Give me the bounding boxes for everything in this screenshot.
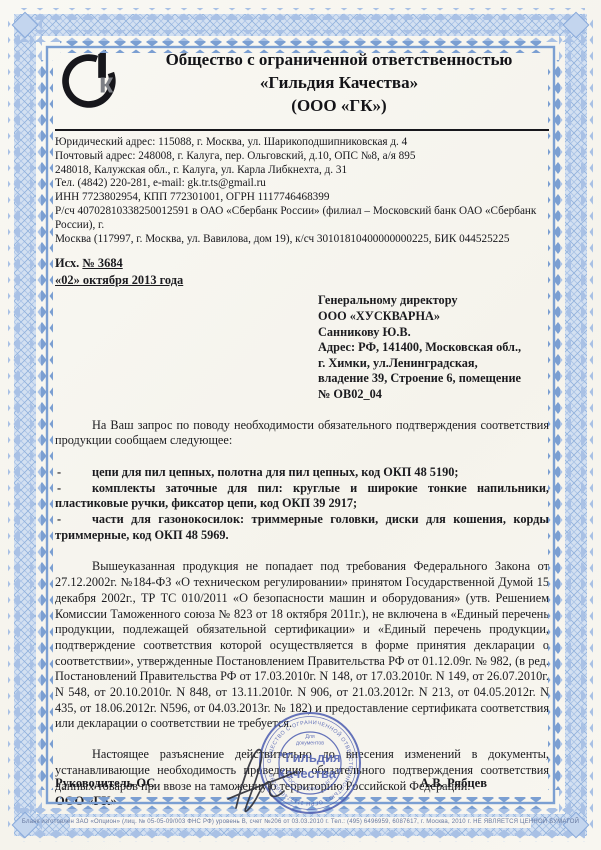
list-item: -цепи для пил цепных, полотна для пил це… — [55, 465, 549, 481]
svg-text:к: к — [99, 67, 114, 99]
signer-title-block: Руководитель ОС ООО «ГК» — [55, 774, 155, 810]
company-details: Юридический адрес: 115088, г. Москва, ул… — [55, 136, 549, 246]
outgoing-value: № 3684 — [82, 256, 122, 270]
letterhead: к Общество с ограниченной ответственност… — [55, 46, 549, 121]
reference-block: Исх. № 3684 «02» октября 2013 года — [55, 255, 549, 288]
letter-page: к Общество с ограниченной ответственност… — [0, 0, 601, 850]
company-name-line3: (ООО «ГК») — [129, 95, 549, 118]
list-marker: - — [57, 481, 61, 497]
company-name-line1: Общество с ограниченной ответственностью — [129, 49, 549, 72]
company-logo-icon: к — [55, 46, 129, 121]
detail-phone-email: Тел. (4842) 220-281, e-mail: gk.tr.ts@gm… — [55, 177, 549, 191]
letter-content: к Общество с ограниченной ответственност… — [55, 46, 549, 794]
main-paragraph: Вышеуказанная продукция не попадает под … — [55, 559, 549, 732]
addressee-company: ООО «ХУСКВАРНА» — [318, 309, 549, 325]
list-marker: - — [57, 465, 61, 481]
list-item: -комплекты заточные для пил: круглые и ш… — [55, 481, 549, 512]
detail-legal-address: Юридический адрес: 115088, г. Москва, ул… — [55, 136, 549, 150]
security-blank-microprint: Бланк изготовлен ЗАО «Опцион» (лиц. № 05… — [0, 819, 601, 825]
detail-bank-1: Р/сч 40702810338250012591 в ОАО «Сбербан… — [55, 205, 549, 233]
detail-inn-kpp-ogrn: ИНН 7723802954, КПП 772301001, ОГРН 1117… — [55, 191, 549, 205]
signer-title: Руководитель ОС — [55, 774, 155, 792]
addressee-position: Генеральному директору — [318, 293, 549, 309]
detail-postal-address: Почтовый адрес: 248008, г. Калуга, пер. … — [55, 150, 549, 164]
gk-monogram-icon: к — [55, 46, 127, 116]
outgoing-number: Исх. № 3684 — [55, 255, 549, 272]
header-divider — [55, 129, 549, 131]
signer-name: А.В. Рябцев — [420, 776, 487, 791]
addressee-block: Генеральному директору ООО «ХУСКВАРНА» С… — [318, 293, 549, 402]
list-item: -части для газонокосилок: триммерные гол… — [55, 512, 549, 543]
addressee-addr-4: № ОВ02_04 — [318, 387, 549, 403]
signer-company: ООО «ГК» — [55, 792, 155, 810]
letter-date: «02» октября 2013 года — [55, 272, 549, 289]
company-name-line2: «Гильдия Качества» — [129, 72, 549, 95]
list-marker: - — [57, 512, 61, 528]
company-name: Общество с ограниченной ответственностью… — [129, 49, 549, 118]
detail-bank-2: Москва (117997, г. Москва, ул. Вавилова,… — [55, 233, 549, 247]
product-list: -цепи для пил цепных, полотна для пил це… — [55, 465, 549, 544]
addressee-addr-1: Адрес: РФ, 141400, Московская обл., — [318, 340, 549, 356]
intro-paragraph: На Ваш запрос по поводу необходимости об… — [55, 418, 549, 449]
detail-address2: 248018, Калужская обл., г. Калуга, ул. К… — [55, 164, 549, 178]
addressee-addr-2: г. Химки, ул.Ленинградская, — [318, 356, 549, 372]
addressee-person: Санникову Ю.В. — [318, 325, 549, 341]
addressee-addr-3: владение 39, Строение 6, помещение — [318, 371, 549, 387]
outgoing-label: Исх. — [55, 256, 82, 270]
